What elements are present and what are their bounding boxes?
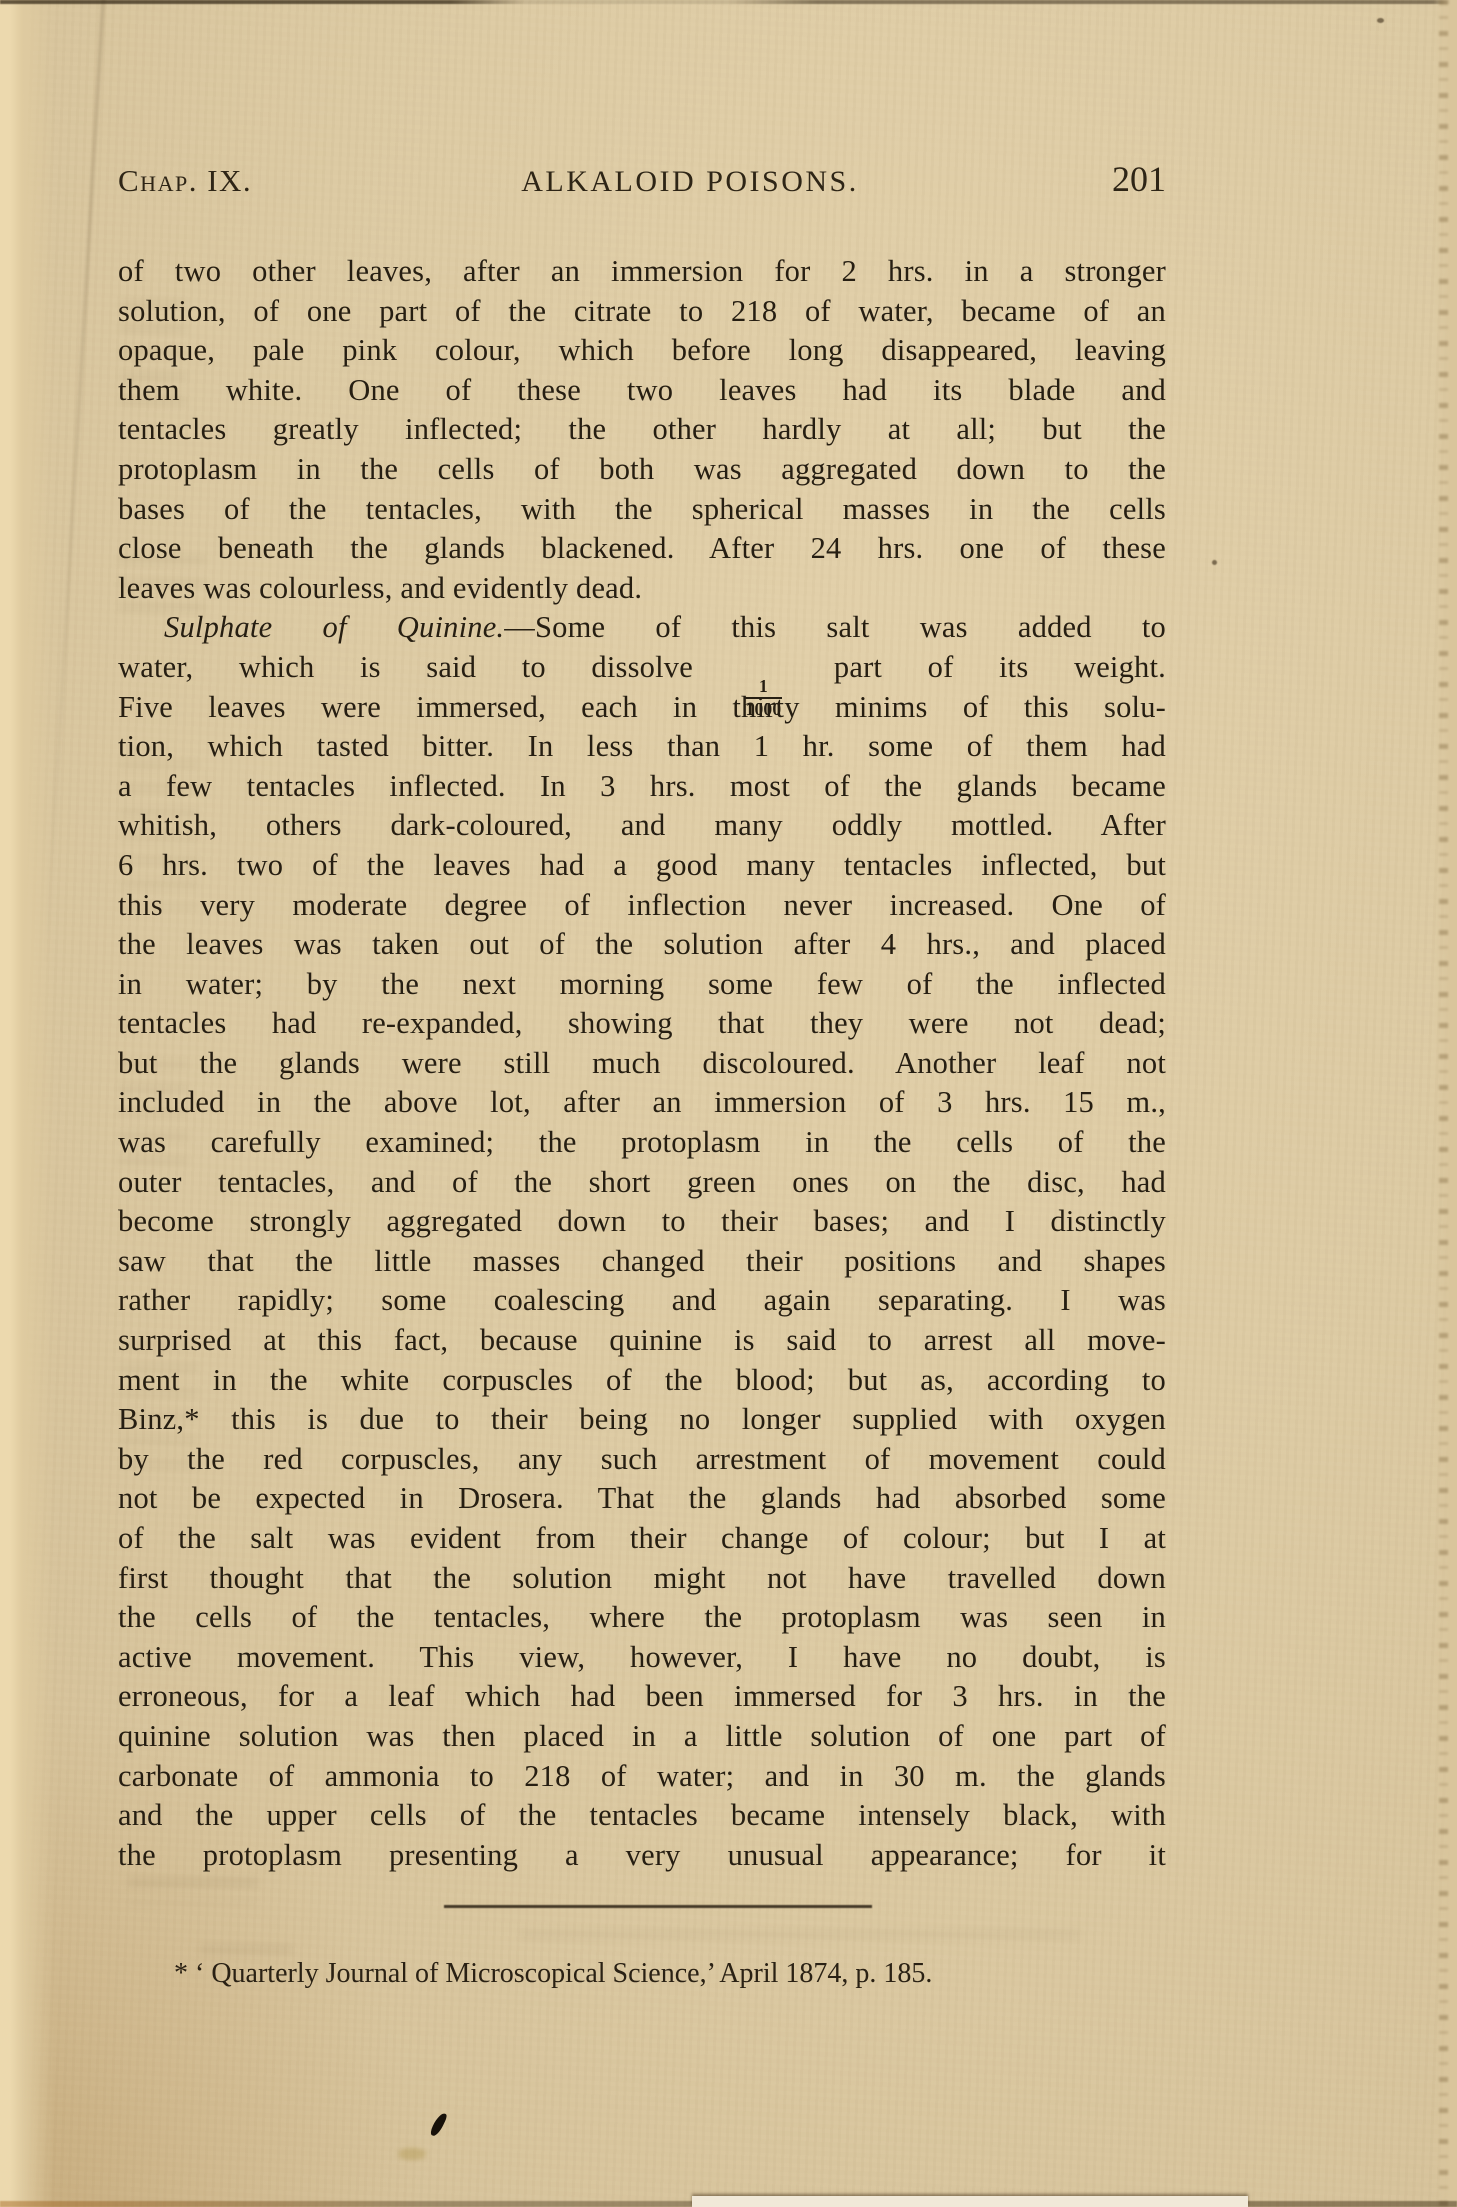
- italic-lead: Sulphate of Quinine.: [164, 610, 504, 644]
- footnote-divider: [444, 1905, 872, 1908]
- text-line: but the glands were still much discolour…: [118, 1044, 1166, 1084]
- text-line: water, which is said to dissolve 11000 p…: [118, 648, 1166, 688]
- footnote-text: ‘ Quarterly Journal of Microscopical Sci…: [195, 1958, 932, 1989]
- text-line: a few tentacles inflected. In 3 hrs. mos…: [118, 767, 1166, 807]
- text-line: bases of the tentacles, with the spheric…: [118, 490, 1166, 530]
- page-number: 201: [1112, 158, 1166, 200]
- text-line: become strongly aggregated down to their…: [118, 1202, 1166, 1242]
- text-line: opaque, pale pink colour, which before l…: [118, 331, 1166, 371]
- text-line: whitish, others dark-coloured, and many …: [118, 806, 1166, 846]
- showthrough-smudge: [128, 1878, 258, 1904]
- text-line: of two other leaves, after an immersion …: [118, 252, 1166, 292]
- text-line: of the salt was evident from their chang…: [118, 1519, 1166, 1559]
- text-line: first thought that the solution might no…: [118, 1559, 1166, 1599]
- text-line: tentacles had re-expanded, showing that …: [118, 1004, 1166, 1044]
- ink-speck: [1212, 560, 1217, 565]
- scan-crease: [44, 0, 105, 973]
- text-line: not be expected in Drosera. That the gla…: [118, 1479, 1166, 1519]
- text-line: and the upper cells of the tentacles bec…: [118, 1796, 1166, 1836]
- paper-stain: [398, 2148, 426, 2160]
- text-line: protoplasm in the cells of both was aggr…: [118, 450, 1166, 490]
- text-line: the leaves was taken out of the solution…: [118, 925, 1166, 965]
- showthrough-smudge: [520, 1930, 1080, 1952]
- text-line: active movement. This view, however, I h…: [118, 1638, 1166, 1678]
- footnote: * ‘ Quarterly Journal of Microscopical S…: [118, 1958, 1166, 1990]
- text-line: the cells of the tentacles, where the pr…: [118, 1598, 1166, 1638]
- text-line: ment in the white corpuscles of the bloo…: [118, 1361, 1166, 1401]
- text-line: saw that the little masses changed their…: [118, 1242, 1166, 1282]
- text-line: in water; by the next morning some few o…: [118, 965, 1166, 1005]
- text-line: carbonate of ammonia to 218 of water; an…: [118, 1757, 1166, 1797]
- text-line: this very moderate degree of inflection …: [118, 886, 1166, 926]
- text-line: outer tentacles, and of the short green …: [118, 1163, 1166, 1203]
- page-edge-right: [1433, 0, 1457, 2207]
- text-line: Binz,* this is due to their being no lon…: [118, 1400, 1166, 1440]
- text-line: quinine solution was then placed in a li…: [118, 1717, 1166, 1757]
- text-line: erroneous, for a leaf which had been imm…: [118, 1677, 1166, 1717]
- chapter-label: Chap. IX.: [118, 163, 252, 199]
- page-edge-left: [0, 0, 54, 2207]
- page-edge-top: [0, 0, 1457, 4]
- book-page: Chap. IX. ALKALOID POISONS. 201 of two o…: [0, 0, 1457, 2207]
- text-line: tentacles greatly inflected; the other h…: [118, 410, 1166, 450]
- text-line: Five leaves were immersed, each in thirt…: [118, 688, 1166, 728]
- page-header: Chap. IX. ALKALOID POISONS. 201: [118, 158, 1166, 200]
- text-line: 6 hrs. two of the leaves had a good many…: [118, 846, 1166, 886]
- text-line: Sulphate of Quinine.—Some of this salt w…: [118, 608, 1166, 648]
- text-line: close beneath the glands blackened. Afte…: [118, 529, 1166, 569]
- text-line: rather rapidly; some coalescing and agai…: [118, 1281, 1166, 1321]
- text-line: was carefully examined; the protoplasm i…: [118, 1123, 1166, 1163]
- ink-speck: [1377, 18, 1384, 23]
- text-line: the protoplasm presenting a very unusual…: [118, 1836, 1166, 1876]
- text-line: solution, of one part of the citrate to …: [118, 292, 1166, 332]
- running-title: ALKALOID POISONS.: [521, 165, 859, 199]
- text-line: tion, which tasted bitter. In less than …: [118, 727, 1166, 767]
- footnote-marker: *: [174, 1958, 188, 1989]
- text-line: them white. One of these two leaves had …: [118, 371, 1166, 411]
- text-line: leaves was colourless, and evidently dea…: [118, 569, 1166, 609]
- text-line: included in the above lot, after an imme…: [118, 1083, 1166, 1123]
- deckle-edge: [1439, 0, 1448, 2207]
- text-line: surprised at this fact, because quinine …: [118, 1321, 1166, 1361]
- ink-mark: [429, 2111, 448, 2137]
- text-line: by the red corpuscles, any such arrestme…: [118, 1440, 1166, 1480]
- next-page-strip: [692, 2196, 1248, 2207]
- body-text: of two other leaves, after an immersion …: [118, 252, 1166, 1875]
